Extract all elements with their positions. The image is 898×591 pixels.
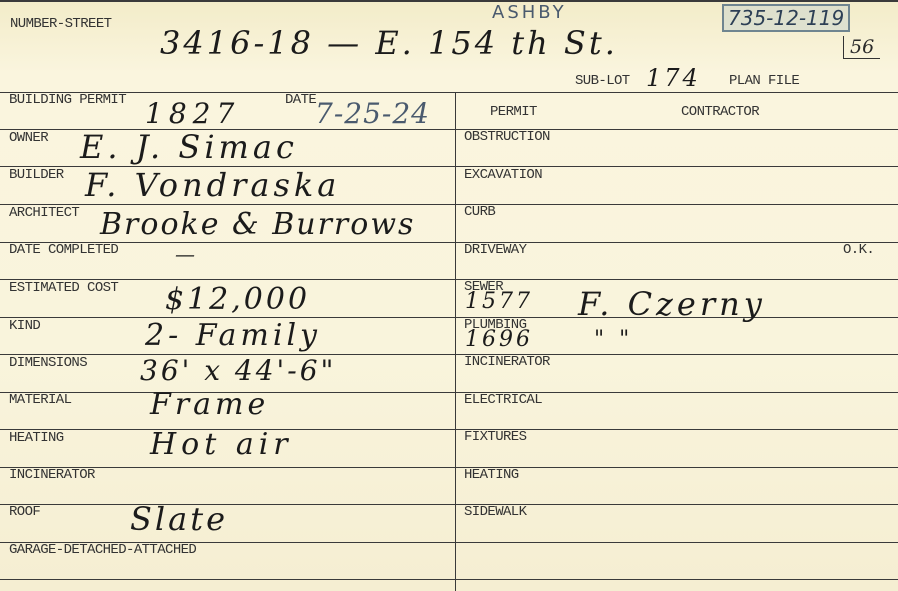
permit-row-sidewalk: SIDEWALK bbox=[464, 504, 526, 520]
field-label-architect: ARCHITECT bbox=[9, 205, 79, 221]
permit-row-obstruction: OBSTRUCTION bbox=[464, 129, 550, 145]
field-label-roof: ROOF bbox=[9, 504, 40, 520]
row-rule bbox=[0, 204, 898, 205]
field-value-date-completed: — bbox=[175, 242, 195, 266]
field-value-owner: E. J. Simac bbox=[80, 128, 298, 166]
field-value-dimensions: 36' x 44'-6" bbox=[140, 354, 336, 387]
field-value-builder: F. Vondraska bbox=[85, 166, 340, 204]
contractor-name: F. Czerny bbox=[578, 285, 766, 323]
permit-row-curb: CURB bbox=[464, 204, 495, 220]
field-value-estimated-cost: $12,000 bbox=[165, 282, 310, 317]
plan-file-label: PLAN FILE bbox=[729, 73, 799, 89]
field-label-heating: HEATING bbox=[9, 430, 64, 446]
permit-row-electrical: ELECTRICAL bbox=[464, 392, 542, 408]
field-value-kind: 2- Family bbox=[145, 318, 321, 353]
field-value-material: Frame bbox=[150, 387, 269, 422]
number-street-label: NUMBER-STREET bbox=[10, 16, 111, 32]
row-rule bbox=[0, 354, 898, 355]
sub-lot-label: SUB-LOT bbox=[575, 73, 630, 89]
field-value-heating: Hot air bbox=[150, 427, 293, 462]
field-label-owner: OWNER bbox=[9, 130, 48, 146]
row-rule bbox=[0, 579, 898, 580]
field-label-building-permit: BUILDING PERMIT bbox=[9, 92, 126, 108]
field-value-building-permit: 1827 bbox=[145, 97, 240, 130]
row-rule bbox=[0, 429, 898, 430]
date-label: DATE bbox=[285, 92, 316, 108]
field-label-estimated-cost: ESTIMATED COST bbox=[9, 280, 118, 296]
permit-note: O.K. bbox=[843, 242, 874, 258]
sub-lot-value: 174 bbox=[646, 64, 701, 92]
permit-header: PERMIT bbox=[490, 104, 537, 120]
field-label-incinerator: INCINERATOR bbox=[9, 467, 95, 483]
field-value-roof: Slate bbox=[130, 500, 228, 538]
row-rule bbox=[0, 92, 898, 93]
street-annotation: ASHBY bbox=[492, 2, 567, 23]
permit-number: 1696 bbox=[465, 327, 533, 352]
contractor-header: CONTRACTOR bbox=[681, 104, 759, 120]
lot-number: 56 bbox=[843, 36, 880, 59]
row-rule bbox=[0, 392, 898, 393]
permit-row-heating: HEATING bbox=[464, 467, 519, 483]
date-value: 7-25-24 bbox=[315, 97, 430, 130]
row-rule bbox=[0, 279, 898, 280]
field-label-builder: BUILDER bbox=[9, 167, 64, 183]
row-rule bbox=[0, 242, 898, 243]
stamp-number: 735-12-119 bbox=[722, 4, 850, 32]
contractor-name: " " bbox=[594, 327, 633, 352]
permit-number: 1577 bbox=[465, 289, 533, 314]
address-value: 3416-18 — E. 154 th St. bbox=[160, 24, 618, 62]
field-label-dimensions: DIMENSIONS bbox=[9, 355, 87, 371]
field-label-material: MATERIAL bbox=[9, 392, 71, 408]
field-label-date-completed: DATE COMPLETED bbox=[9, 242, 118, 258]
permit-row-excavation: EXCAVATION bbox=[464, 167, 542, 183]
permit-row-driveway: DRIVEWAY bbox=[464, 242, 526, 258]
permit-row-incinerator: INCINERATOR bbox=[464, 354, 550, 370]
row-rule bbox=[0, 467, 898, 468]
field-label-garage-detached-attached: GARAGE-DETACHED-ATTACHED bbox=[9, 542, 196, 558]
field-value-architect: Brooke & Burrows bbox=[100, 207, 415, 242]
permit-card: NUMBER-STREET 3416-18 — E. 154 th St. AS… bbox=[0, 0, 898, 591]
field-label-kind: KIND bbox=[9, 318, 40, 334]
permit-row-fixtures: FIXTURES bbox=[464, 429, 526, 445]
